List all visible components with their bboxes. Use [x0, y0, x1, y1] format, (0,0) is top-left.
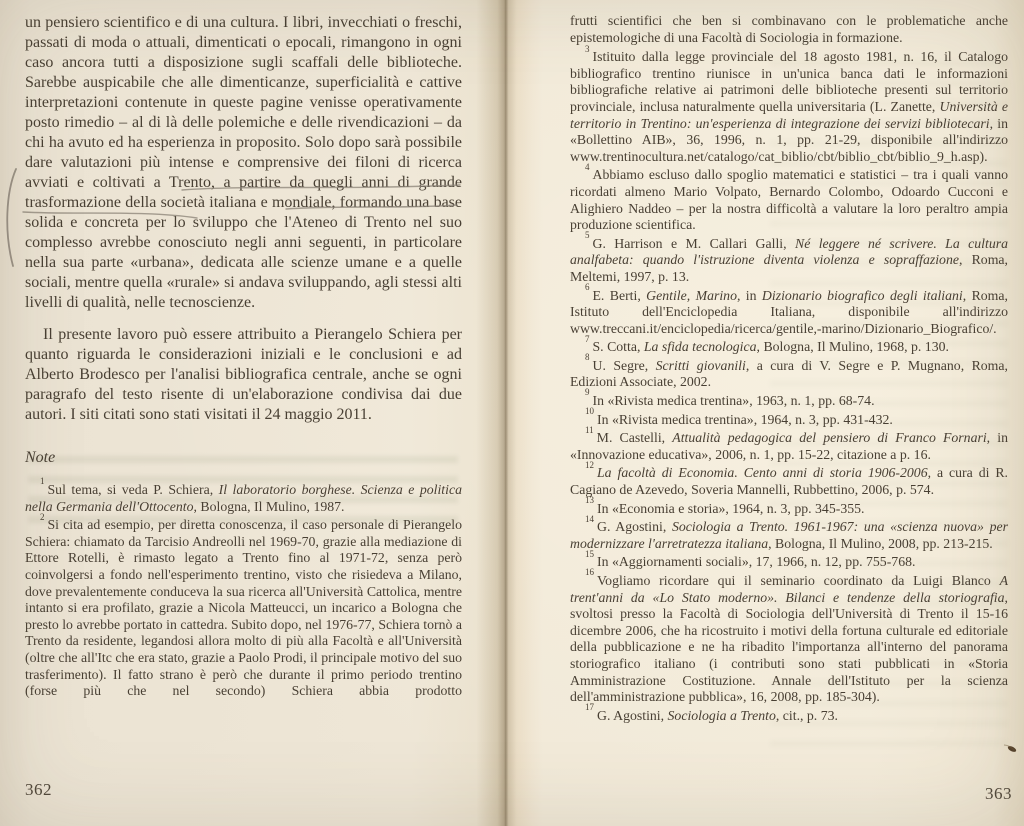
footnote-number: 16	[585, 567, 594, 577]
footnote-7: 7S. Cotta, La sfida tecnologica, Bologna…	[570, 339, 1008, 356]
cited-title: Scritti giovanili	[656, 358, 746, 373]
footnote-text: S. Cotta,	[593, 339, 644, 354]
footnote-3: 3Istituito dalla legge provinciale del 1…	[570, 49, 1008, 165]
footnote-text: , Bologna, Il Mulino, 1987.	[193, 499, 344, 514]
cited-title: Dizionario biografico degli italiani	[762, 288, 963, 303]
gutter-shadow	[476, 0, 532, 826]
footnote-number: 11	[585, 425, 594, 435]
page-number-363: 363	[985, 784, 1012, 804]
footnote-14: 14G. Agostini, Sociologia a Trento. 1961…	[570, 519, 1008, 552]
footnote-text: Si cita ad esempio, per diretta conoscen…	[25, 517, 462, 698]
notes-heading: Note	[25, 449, 462, 467]
footnote-number: 6	[585, 282, 590, 292]
footnote-number: 4	[585, 162, 590, 172]
cited-title: Sociologia a Trento	[668, 708, 776, 723]
footnote-text: , svoltosi presso la Facoltà di Sociolog…	[570, 590, 1008, 705]
ink-speck	[1004, 745, 1017, 753]
footnote-number: 10	[585, 406, 594, 416]
footnote-9: 9In «Rivista medica trentina», 1963, n. …	[570, 393, 1008, 410]
footnote-text: G. Harrison e M. Callari Galli,	[593, 236, 796, 251]
footnote-text: In «Rivista medica trentina», 1963, n. 1…	[593, 393, 875, 408]
footnotes-right: 3Istituito dalla legge provinciale del 1…	[570, 49, 1008, 724]
footnote-number: 14	[585, 514, 594, 524]
footnote-17: 17G. Agostini, Sociologia a Trento, cit.…	[570, 708, 1008, 725]
footnote-number: 9	[585, 387, 590, 397]
pencil-margin-bracket	[7, 169, 16, 266]
cited-title: La sfida tecnologica	[644, 339, 757, 354]
footnote-text: , Bologna, Il Mulino, 1968, p. 130.	[757, 339, 949, 354]
footnote-number: 1	[40, 476, 45, 486]
footnote-13: 13In «Economia e storia», 1964, n. 3, pp…	[570, 501, 1008, 518]
right-page: frutti scientifici che ben si combinavan…	[570, 13, 1008, 724]
footnote-text: Vogliamo ricordare qui il seminario coor…	[597, 573, 1000, 588]
footnote-text: , in	[737, 288, 762, 303]
footnote-number: 15	[585, 549, 594, 559]
footnote-6: 6E. Berti, Gentile, Marino, in Dizionari…	[570, 288, 1008, 338]
footnote-12: 12La facoltà di Economia. Cento anni di …	[570, 465, 1008, 498]
footnote-4: 4Abbiamo escluso dallo spoglio matematic…	[570, 167, 1008, 233]
footnote-number: 13	[585, 495, 594, 505]
book-scan: un pensiero scientifico e di una cultura…	[0, 0, 1024, 826]
footnote-number: 3	[585, 44, 590, 54]
footnote-15: 15In «Aggiornamenti sociali», 17, 1966, …	[570, 554, 1008, 571]
footnote-5: 5G. Harrison e M. Callari Galli, Né legg…	[570, 236, 1008, 286]
cited-title: La facoltà di Economia. Cento anni di st…	[597, 465, 928, 480]
footnote-16: 16Vogliamo ricordare qui il seminario co…	[570, 573, 1008, 706]
footnote-text: G. Agostini,	[597, 519, 672, 534]
footnote-number: 17	[585, 702, 594, 712]
left-page: un pensiero scientifico e di una cultura…	[25, 13, 462, 700]
footnote-1: 1Sul tema, si veda P. Schiera, Il labora…	[25, 482, 462, 515]
footnote-8: 8U. Segre, Scritti giovanili, a cura di …	[570, 358, 1008, 391]
cited-title: Gentile, Marino	[646, 288, 737, 303]
footnote-text: M. Castelli,	[597, 430, 673, 445]
footnote-11: 11M. Castelli, Attualità pedagogica del …	[570, 430, 1008, 463]
footnote-text: E. Berti,	[593, 288, 647, 303]
footnote-text: In «Economia e storia», 1964, n. 3, pp. …	[597, 501, 864, 516]
footnote-text: Abbiamo escluso dallo spoglio matematici…	[570, 167, 1008, 232]
footnote-text: In «Rivista medica trentina», 1964, n. 3…	[597, 412, 893, 427]
cited-title: Attualità pedagogica del pensiero di Fra…	[672, 430, 986, 445]
footnote-number: 2	[40, 512, 45, 522]
footnote-2: 2Si cita ad esempio, per diretta conosce…	[25, 517, 462, 700]
footnote-number: 7	[585, 334, 590, 344]
footnote-10: 10In «Rivista medica trentina», 1964, n.…	[570, 412, 1008, 429]
footnote-text: , cit., p. 73.	[776, 708, 838, 723]
footnote-2-continuation: frutti scientifici che ben si combinavan…	[570, 13, 1008, 46]
footnote-text: In «Aggiornamenti sociali», 17, 1966, n.…	[597, 554, 915, 569]
body-paragraph-continuation: un pensiero scientifico e di una cultura…	[25, 13, 462, 313]
footnotes-left: 1Sul tema, si veda P. Schiera, Il labora…	[25, 482, 462, 700]
footnote-number: 12	[585, 460, 594, 470]
page-number-362: 362	[25, 780, 52, 800]
body-paragraph-attribution: Il presente lavoro può essere attribuito…	[25, 325, 462, 425]
footnote-text: Sul tema, si veda P. Schiera,	[48, 482, 219, 497]
footnote-text: , Bologna, Il Mulino, 2008, pp. 213-215.	[768, 536, 993, 551]
footnote-number: 8	[585, 352, 590, 362]
footnote-number: 5	[585, 230, 590, 240]
footnote-text: G. Agostini,	[597, 708, 668, 723]
footnote-text: U. Segre,	[593, 358, 656, 373]
